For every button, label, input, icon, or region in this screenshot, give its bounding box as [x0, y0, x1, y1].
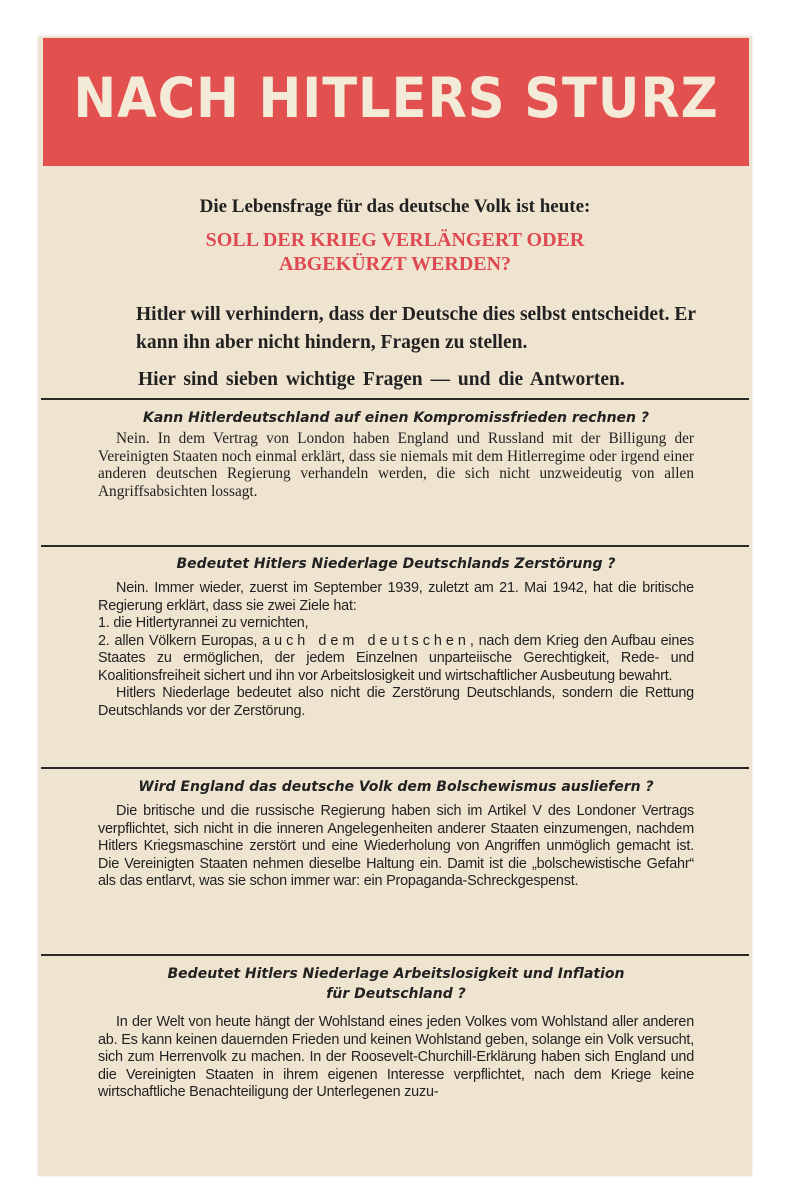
answer-text: Nein. In dem Vertrag von London haben En… [98, 430, 694, 500]
item2-start: 2. allen Völkern Europas, [98, 633, 262, 649]
divider [41, 767, 749, 769]
question-title: Bedeutet Hitlers Niederlage Arbeitslosig… [98, 964, 694, 1004]
intro-paragraph: Hitler will verhindern, dass der Deutsch… [136, 301, 696, 357]
question-title: Kann Hitlerdeutschland auf einen Komprom… [98, 408, 694, 428]
answer-intro: Nein. Immer wieder, zuerst im September … [98, 580, 694, 615]
answer-conclusion: Hitlers Niederlage bedeutet also nicht d… [98, 685, 694, 720]
answer-item-2: 2. allen Völkern Europas, auch dem deuts… [98, 633, 694, 686]
divider [41, 954, 749, 956]
intro-lead: Die Lebensfrage für das deutsche Volk is… [38, 196, 752, 218]
question-section-4: Bedeutet Hitlers Niederlage Arbeitslosig… [98, 964, 694, 1102]
answer-text: Die britische und die russische Regierun… [98, 803, 694, 891]
question-title: Wird England das deutsche Volk dem Bolsc… [98, 777, 694, 797]
title-banner: NACH HITLERS STURZ [43, 38, 749, 166]
item2-emphasis: auch dem deutschen [262, 633, 470, 649]
question-section-2: Bedeutet Hitlers Niederlage Deutschlands… [98, 554, 694, 720]
leaflet-title: NACH HITLERS STURZ [68, 66, 725, 130]
key-question: SOLL DER KRIEG VERLÄNGERT ODER ABGEKÜRZT… [38, 228, 752, 276]
divider [41, 545, 749, 547]
intro: Die Lebensfrage für das deutsche Volk is… [38, 196, 752, 276]
answer-item-1: 1. die Hitlertyrannei zu vernichten, [98, 615, 694, 633]
question-title-line2: für Deutschland ? [326, 986, 465, 1002]
question-section-1: Kann Hitlerdeutschland auf einen Komprom… [98, 408, 694, 500]
key-question-line1: SOLL DER KRIEG VERLÄNGERT ODER [206, 229, 585, 251]
key-question-line2: ABGEKÜRZT WERDEN? [279, 253, 511, 275]
question-section-3: Wird England das deutsche Volk dem Bolsc… [98, 777, 694, 891]
divider [41, 398, 749, 400]
question-title: Bedeutet Hitlers Niederlage Deutschlands… [98, 554, 694, 574]
leaflet: NACH HITLERS STURZ Die Lebensfrage für d… [38, 36, 752, 1176]
intro-seven-questions: Hier sind sieben wichtige Fragen — und d… [138, 366, 698, 394]
question-title-line1: Bedeutet Hitlers Niederlage Arbeitslosig… [168, 966, 625, 982]
answer-text: In der Welt von heute hängt der Wohlstan… [98, 1014, 694, 1102]
